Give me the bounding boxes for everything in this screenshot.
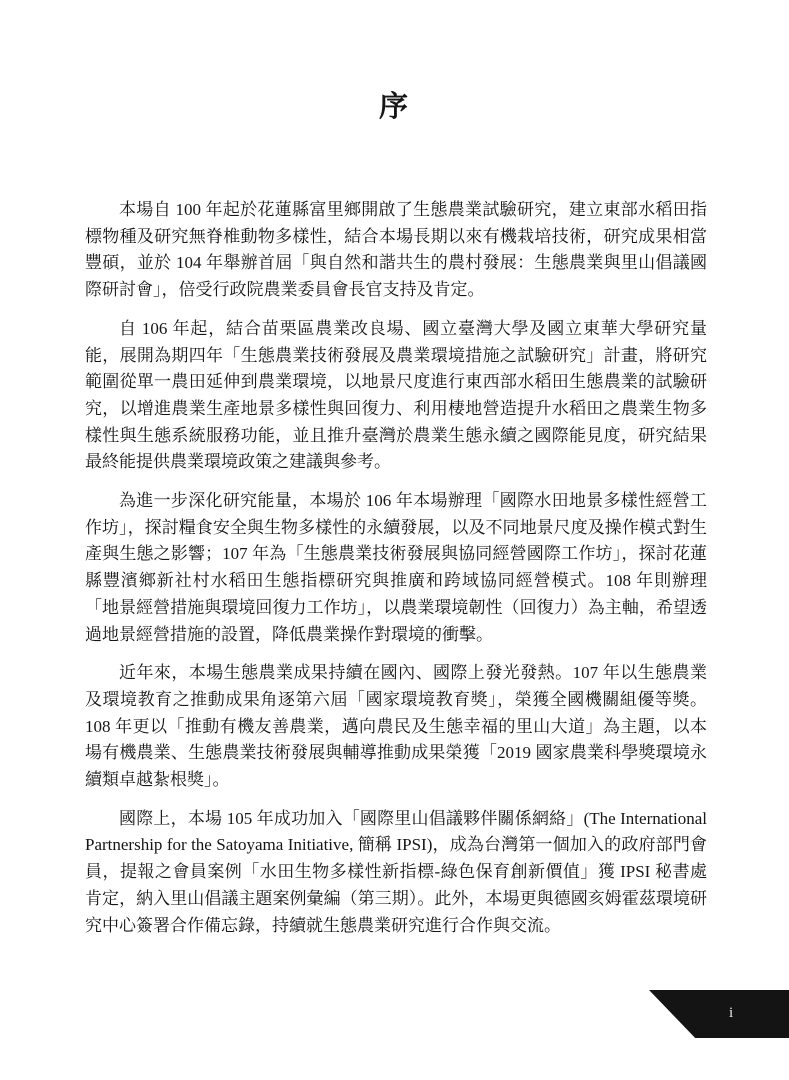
paragraph-5: 國際上，本場 105 年成功加入「國際里山倡議夥伴關係網絡」(The Inter… [85,806,707,940]
footer-corner-tab: i [649,990,789,1038]
paragraph-3: 為進一步深化研究能量，本場於 106 年本場辦理「國際水田地景多樣性經營工作坊」… [85,488,707,648]
paragraph-4: 近年來，本場生態農業成果持續在國內、國際上發光發熱。107 年以生態農業及環境教… [85,660,707,794]
document-page: 序 本場自 100 年起於花蓮縣富里鄉開啟了生態農業試驗研究，建立東部水稻田指標… [0,0,789,1080]
page-number: i [729,1003,733,1023]
body-text: 本場自 100 年起於花蓮縣富里鄉開啟了生態農業試驗研究，建立東部水稻田指標物種… [0,125,789,939]
page-title: 序 [0,0,789,125]
paragraph-2: 自 106 年起，結合苗栗區農業改良場、國立臺灣大學及國立東華大學研究量能，展開… [85,316,707,476]
paragraph-1: 本場自 100 年起於花蓮縣富里鄉開啟了生態農業試驗研究，建立東部水稻田指標物種… [85,197,707,304]
